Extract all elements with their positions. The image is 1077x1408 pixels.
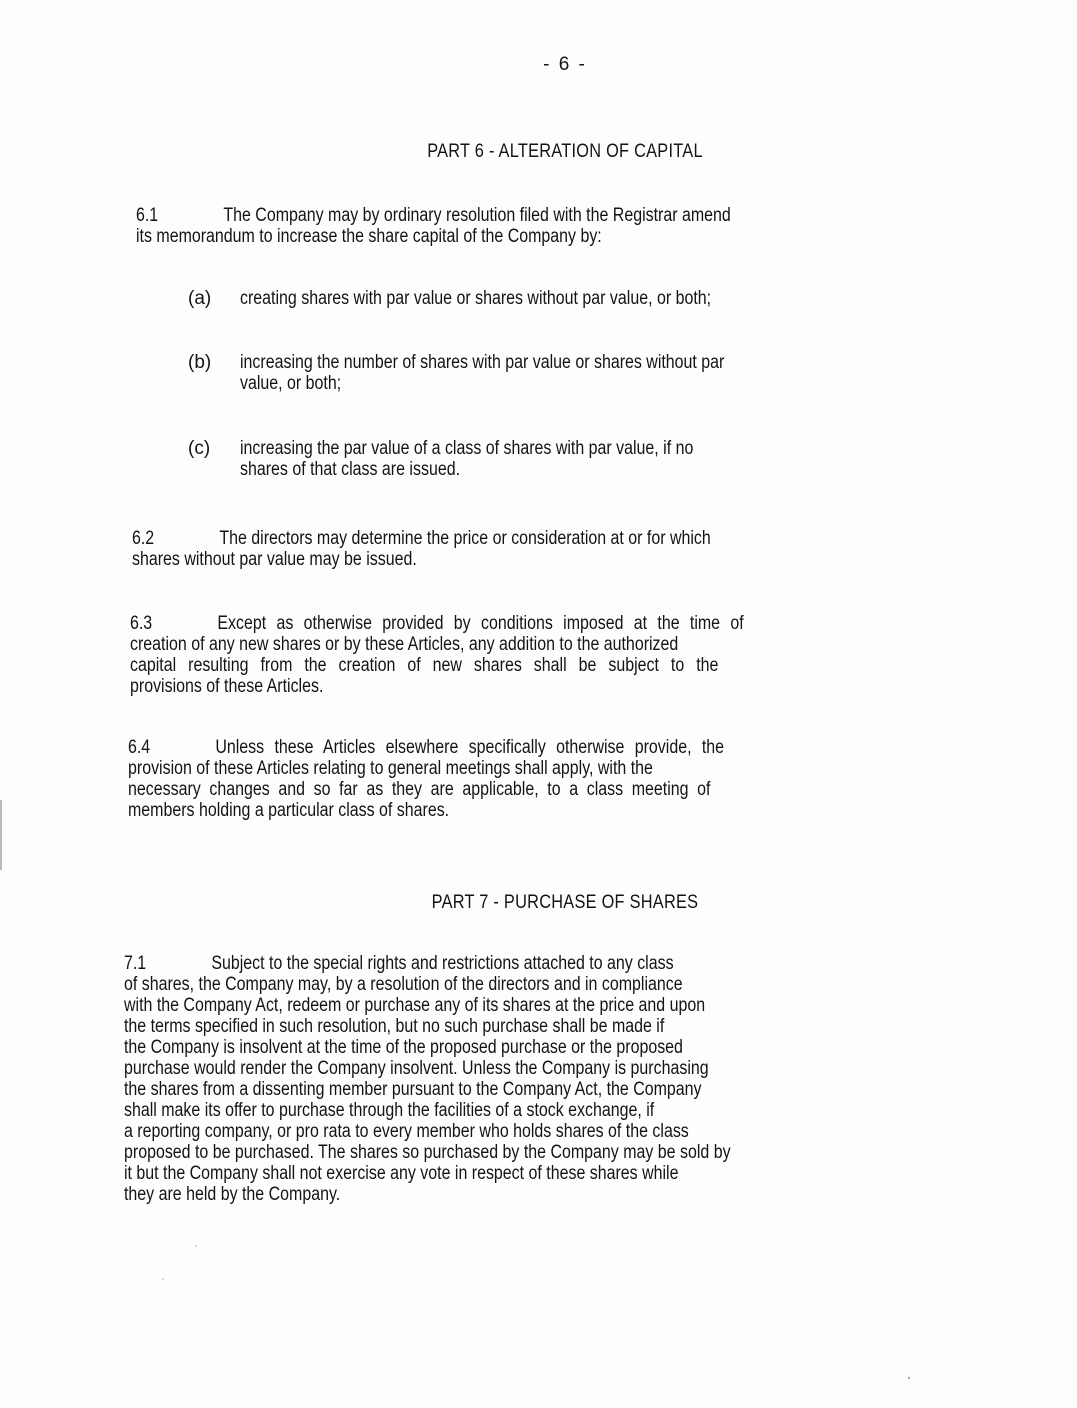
section-number: 6.3	[130, 613, 217, 634]
section-number: 6.1	[136, 205, 223, 226]
item-text: increasing the number of shares with par…	[240, 352, 724, 394]
item-label: (a)	[188, 288, 211, 309]
document-page: - 6 - PART 6 - ALTERATION OF CAPITAL 6.1…	[0, 0, 1077, 1408]
section-number: 6.2	[132, 528, 219, 549]
item-label: (c)	[188, 438, 210, 459]
scan-speck	[195, 1245, 197, 1247]
scan-speck	[162, 1278, 164, 1280]
section-6-1: 6.1The Company may by ordinary resolutio…	[136, 205, 1077, 247]
scan-edge-mark	[0, 800, 2, 870]
item-text: creating shares with par value or shares…	[240, 288, 711, 309]
section-7-1: 7.1Subject to the special rights and res…	[124, 953, 846, 1205]
section-6-1-line-2: its memorandum to increase the share cap…	[136, 226, 993, 247]
item-label: (b)	[188, 352, 211, 373]
section-6-2: 6.2The directors may determine the price…	[132, 528, 821, 570]
section-6-1-line-1: 6.1The Company may by ordinary resolutio…	[136, 205, 993, 226]
scan-speck	[908, 1377, 910, 1379]
section-6-3: 6.3Except as otherwise provided by condi…	[130, 613, 861, 697]
part-6-heading: PART 6 - ALTERATION OF CAPITAL	[79, 141, 1051, 163]
page-number: - 6 -	[0, 54, 1077, 76]
section-6-4: 6.4Unless these Articles elsewhere speci…	[128, 737, 838, 821]
section-number: 6.4	[128, 737, 215, 758]
item-text: increasing the par value of a class of s…	[240, 438, 693, 480]
section-number: 7.1	[124, 953, 211, 974]
part-7-heading: PART 7 - PURCHASE OF SHARES	[79, 892, 1051, 914]
